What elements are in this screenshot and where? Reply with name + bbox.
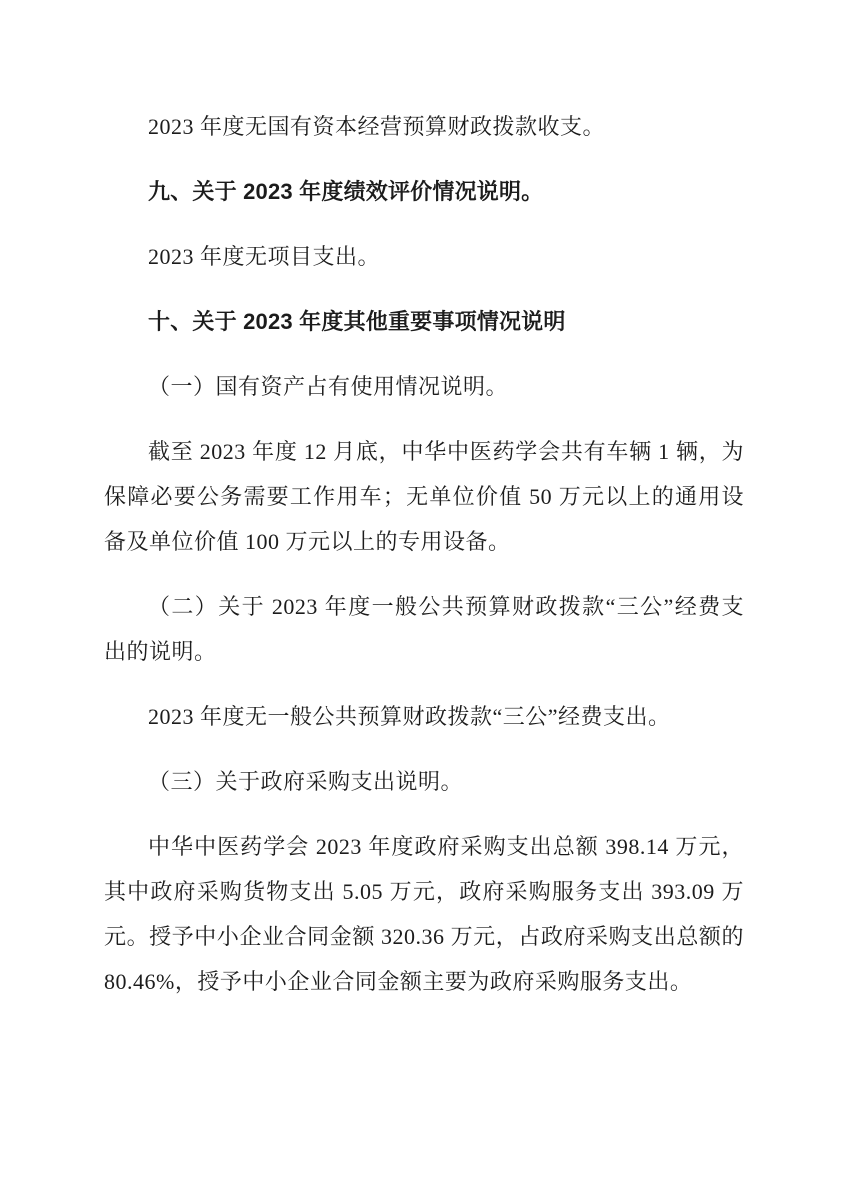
heading-section-10: 十、关于 2023 年度其他重要事项情况说明 [104,299,744,344]
paragraph-state-capital-budget: 2023 年度无国有资本经营预算财政拨款收支。 [104,104,744,149]
paragraph-state-assets-detail: 截至 2023 年度 12 月底，中华中医药学会共有车辆 1 辆，为保障必要公务… [104,429,744,564]
heading-section-9: 九、关于 2023 年度绩效评价情况说明。 [104,169,744,214]
paragraph-no-three-public-funds: 2023 年度无一般公共预算财政拨款“三公”经费支出。 [104,694,744,739]
document-page: 2023 年度无国有资本经营预算财政拨款收支。 九、关于 2023 年度绩效评价… [0,0,849,1200]
subheading-state-assets-usage: （一）国有资产占有使用情况说明。 [104,364,744,409]
subheading-government-procurement: （三）关于政府采购支出说明。 [104,759,744,804]
paragraph-no-project-expenditure: 2023 年度无项目支出。 [104,234,744,279]
subheading-three-public-funds: （二）关于 2023 年度一般公共预算财政拨款“三公”经费支出的说明。 [104,584,744,674]
paragraph-government-procurement-detail: 中华中医药学会 2023 年度政府采购支出总额 398.14 万元，其中政府采购… [104,824,744,1004]
